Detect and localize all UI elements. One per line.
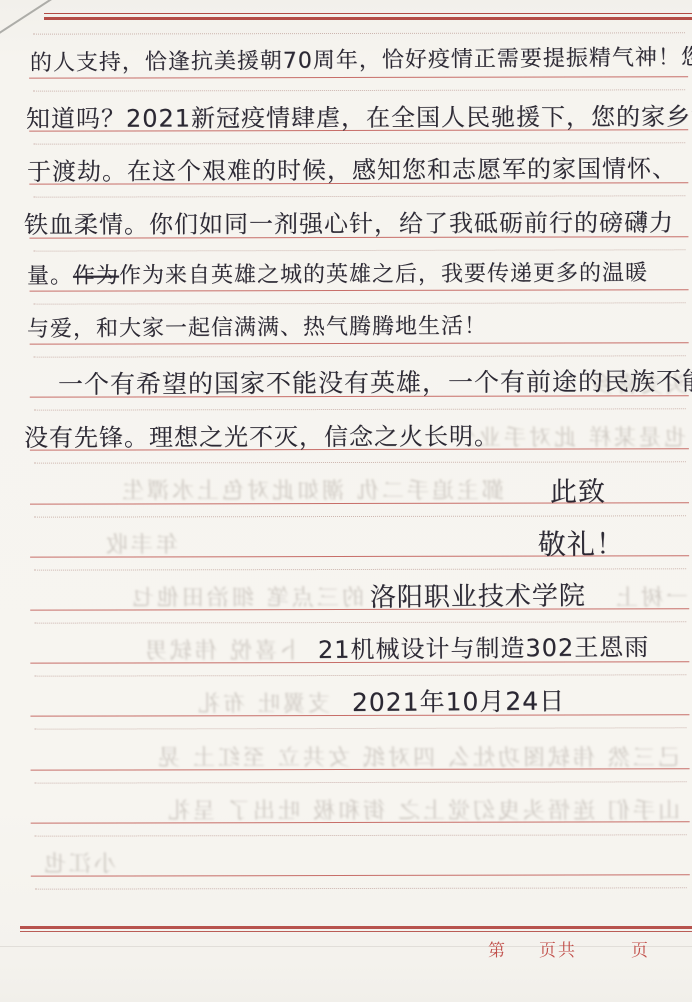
ink-bleedthrough: 支翼吐 布礼 bbox=[30, 687, 330, 718]
rule-showthrough-line bbox=[34, 727, 686, 729]
rule-showthrough-line bbox=[33, 249, 685, 251]
rule-showthrough-line bbox=[33, 195, 685, 197]
rule-showthrough-line bbox=[34, 621, 686, 623]
letter-line: 的人支持，恰逢抗美援朝70周年，恰好疫情正需要提振精气神！您 bbox=[30, 40, 692, 77]
letter-line: 铁血柔情。你们如同一剂强心针，给了我砥砺前行的磅礴力 bbox=[24, 203, 674, 240]
rule-line bbox=[31, 874, 690, 876]
ink-bleedthrough: 鄞主追手二仇 潮如此对色上水潭生 bbox=[36, 474, 504, 505]
ink-bleedthrough: 己三然 伟轼图功灶么 四对纸 女共立 至红土 晃 bbox=[28, 741, 680, 772]
ink-bleedthrough: 也是某样 此对手业分 bbox=[468, 421, 686, 452]
crossed-out-text: 作为 bbox=[73, 264, 119, 289]
rule-line bbox=[30, 289, 689, 291]
footer-label: 第 bbox=[488, 936, 507, 961]
letter-line-with-correction: 量。作为作为来自英雄之城的英雄之后，我要传递更多的温暖 bbox=[27, 256, 648, 290]
rule-showthrough-line bbox=[33, 89, 685, 91]
ink-bleedthrough: 的三点笔 细治田他乜 bbox=[34, 581, 364, 612]
rule-showthrough-line bbox=[35, 834, 687, 836]
ink-bleedthrough: 山手们 连悟头曳幻觉上之 街和极 吐出了 呈礼 bbox=[28, 794, 680, 825]
bottom-double-rule bbox=[20, 926, 692, 929]
top-double-rule bbox=[44, 13, 692, 14]
rule-showthrough-line bbox=[34, 674, 686, 676]
rule-showthrough-line bbox=[34, 515, 686, 517]
ink-bleedthrough: 小江也 bbox=[24, 847, 116, 878]
bottom-double-rule bbox=[20, 931, 692, 932]
letter-text: 作为来自英雄之城的英雄之后，我要传递更多的温暖 bbox=[119, 261, 648, 289]
rule-line bbox=[30, 342, 689, 344]
footer-label: 页共 bbox=[539, 936, 577, 961]
top-double-rule bbox=[44, 17, 692, 20]
letter-text: 量。 bbox=[27, 264, 73, 289]
rule-showthrough-line bbox=[34, 568, 686, 570]
letter-line: 一个有希望的国家不能没有英雄，一个有前途的民族不能 bbox=[58, 362, 692, 401]
ink-bleedthrough: 年丰收 bbox=[28, 528, 178, 559]
rule-line bbox=[29, 76, 688, 78]
letter-page: 头支喜乡 也是某样 此对手业分 鄞主追手二仇 潮如此对色上水潭生 年丰收 的三点… bbox=[0, 0, 692, 1002]
letter-line: 知道吗？2021新冠疫情肆虐，在全国人民驰援下，您的家乡终 bbox=[26, 97, 692, 134]
rule-showthrough-line bbox=[35, 887, 687, 889]
letter-line: 没有先锋。理想之光不灭，信念之火长明。 bbox=[24, 416, 499, 453]
closing-phrase: 此致 bbox=[550, 470, 606, 509]
signature-class-name: 21机械设计与制造302王恩雨 bbox=[318, 627, 650, 665]
footer-label: 页 bbox=[631, 936, 650, 961]
ink-bleedthrough: 卜喜悦 伟轼男 bbox=[40, 634, 302, 665]
rule-showthrough-line bbox=[34, 302, 686, 304]
salute-phrase: 敬礼！ bbox=[538, 522, 625, 563]
letter-line: 与爱，和大家一起信满满、热气腾腾地生活！ bbox=[27, 309, 487, 343]
letter-line: 于渡劫。在这个艰难的时候，感知您和志愿军的家国情怀、 bbox=[27, 149, 677, 187]
rule-showthrough-line bbox=[34, 461, 686, 463]
signature-school: 洛阳职业技术学院 bbox=[370, 575, 586, 614]
rule-showthrough-line bbox=[35, 781, 687, 783]
page-footer: 第页共页 bbox=[488, 936, 650, 961]
signature-date: 2021年10月24日 bbox=[352, 682, 565, 719]
rule-showthrough-line bbox=[34, 408, 686, 410]
rule-showthrough-line bbox=[33, 32, 685, 34]
rule-showthrough-line bbox=[34, 355, 686, 357]
rule-showthrough-line bbox=[33, 142, 685, 144]
